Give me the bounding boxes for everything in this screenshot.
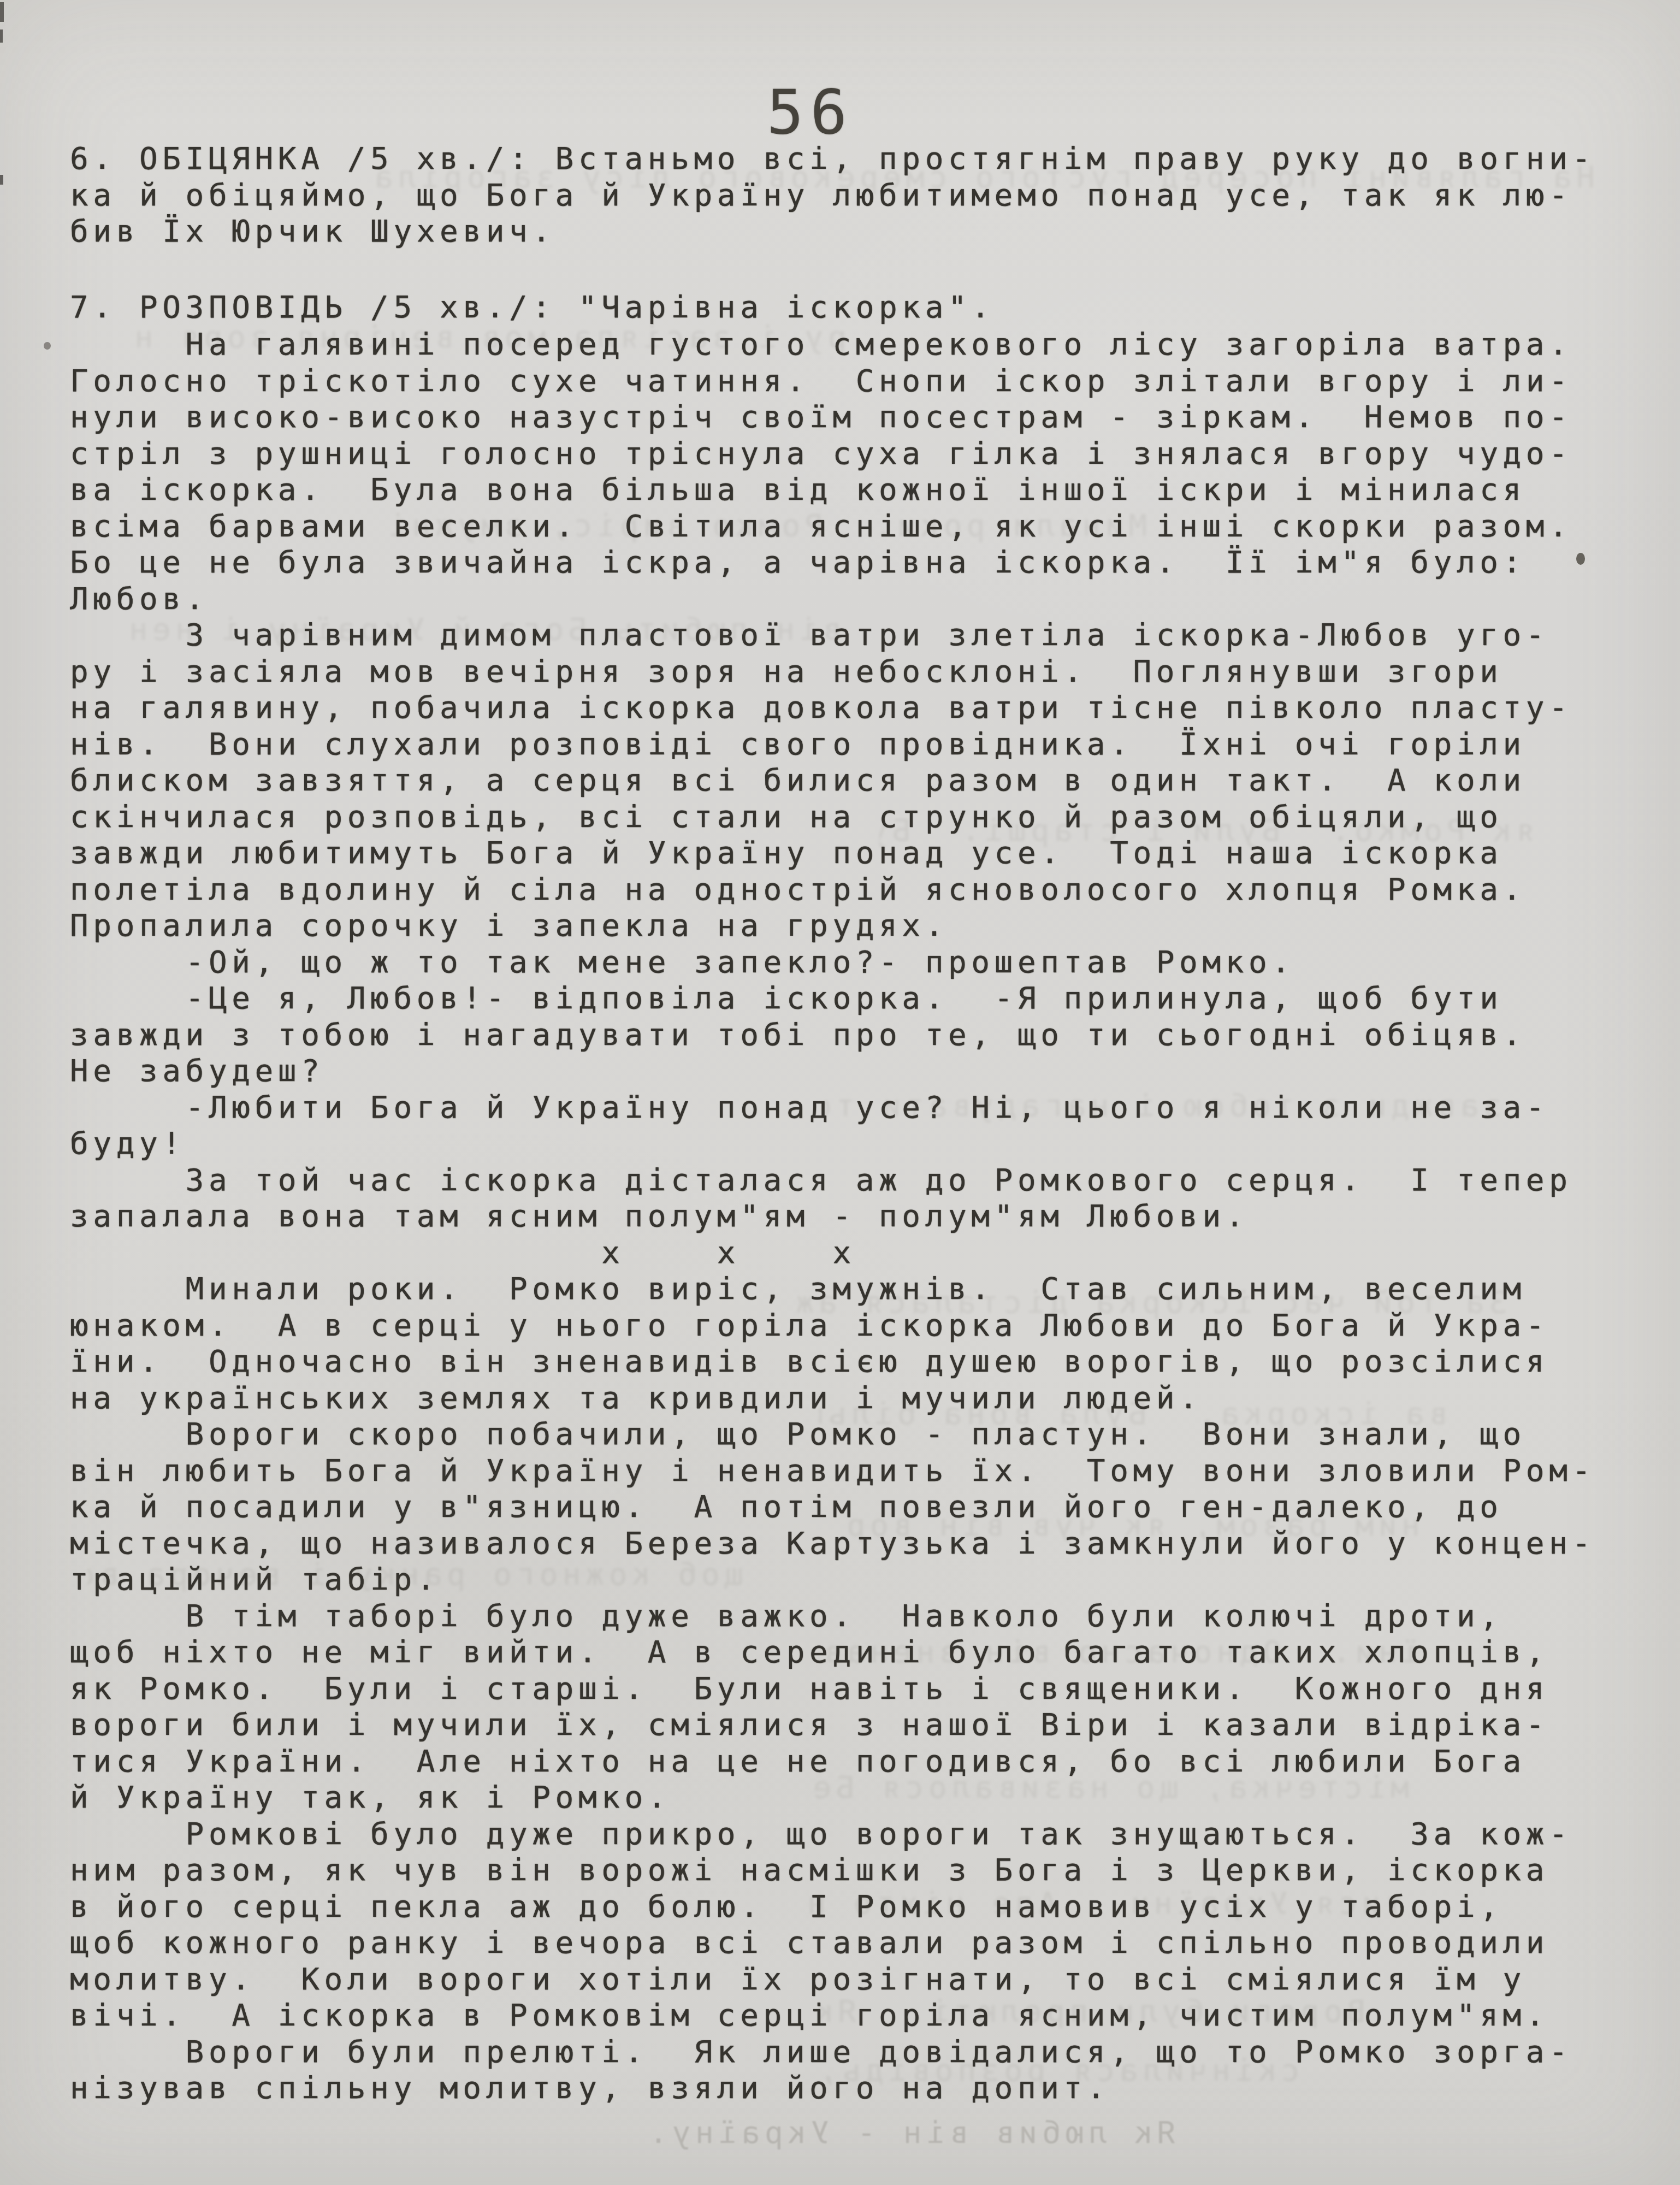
story-paragraph-1: На галявині посеред густого смерекового … — [70, 327, 1595, 617]
text-line: й Україну так, як і Ромко. — [70, 1780, 1595, 1816]
scan-artifact — [0, 2, 4, 22]
text-line: вічі. А іскорка в Ромковім серці горіла … — [70, 1998, 1595, 2034]
story-paragraph-5: Вороги скоро побачили, що Ромко - пласту… — [70, 1416, 1595, 1598]
scanned-typewritten-page: Як любив він - Україну. На галявині посе… — [0, 0, 1680, 2185]
text-line: -Любити Бога й Україну понад усе? Ні, ць… — [70, 1090, 1595, 1126]
text-line: на українських землях та кривдили і мучи… — [70, 1380, 1595, 1417]
text-line: ва іскорка. Була вона більша від кожної … — [70, 472, 1595, 509]
ink-speck — [1576, 553, 1585, 565]
text-line: завжди з тобою і нагадувати тобі про те,… — [70, 1017, 1595, 1054]
text-line: Не забудеш? — [70, 1053, 1595, 1090]
story-paragraph-4: Минали роки. Ромко виріс, змужнів. Став … — [70, 1271, 1595, 1416]
text-line: вороги били і мучили їх, сміялися з нашо… — [70, 1707, 1595, 1744]
agenda-item-6-promise: 6. ОБІЦЯНКА /5 хв./: Встаньмо всі, прост… — [70, 141, 1595, 250]
text-line: Ромкові було дуже прикро, що вороги так … — [70, 1816, 1595, 1853]
text-line: скінчилася розповідь, всі стали на струн… — [70, 799, 1595, 836]
story-paragraph-6: В тім таборі було дуже важко. Навколо бу… — [70, 1598, 1595, 1816]
text-body: 6. ОБІЦЯНКА /5 хв./: Встаньмо всі, прост… — [70, 141, 1595, 2107]
text-line: Любов. — [70, 581, 1595, 618]
text-line: Вороги скоро побачили, що Ромко - пласту… — [70, 1416, 1595, 1453]
text-line: Пропалила сорочку і запекла на грудях. — [70, 908, 1595, 944]
scan-artifact — [0, 175, 3, 185]
story-paragraph-8: Вороги були прелюті. Як лише довідалися,… — [70, 2034, 1595, 2107]
text-line: -Це я, Любов!- відповіла іскорка. -Я при… — [70, 981, 1595, 1017]
text-line: бив Їх Юрчик Шухевич. — [70, 214, 1595, 250]
text-line: їни. Одночасно він зненавидів всією душе… — [70, 1344, 1595, 1380]
text-line: 7. РОЗПОВІДЬ /5 хв./: "Чарівна іскорка". — [70, 290, 1595, 326]
text-line: х х х — [70, 1235, 1595, 1272]
text-line: всіма барвами веселки. Світила ясніше, я… — [70, 509, 1595, 545]
text-line: ним разом, як чув він ворожі насмішки з … — [70, 1852, 1595, 1889]
text-line: буду! — [70, 1126, 1595, 1162]
text-line: 6. ОБІЦЯНКА /5 хв./: Встаньмо всі, прост… — [70, 141, 1595, 178]
text-line: молитву. Коли вороги хотіли їх розігнати… — [70, 1962, 1595, 1998]
text-line: полетіла вдолину й сіла на однострій ясн… — [70, 872, 1595, 908]
text-line: містечка, що називалося Береза Картузька… — [70, 1526, 1595, 1562]
text-line: тися України. Але ніхто на це не погодив… — [70, 1744, 1595, 1780]
text-line: Бо це не була звичайна іскра, а чарівна … — [70, 545, 1595, 581]
text-line: щоб ніхто не міг вийти. А в середині бул… — [70, 1634, 1595, 1671]
text-line: Минали роки. Ромко виріс, змужнів. Став … — [70, 1271, 1595, 1308]
text-line: він любить Бога й Україну і ненавидить ї… — [70, 1453, 1595, 1490]
text-line: блиском завзяття, а серця всі билися раз… — [70, 763, 1595, 799]
text-line: ка й обіцяймо, що Бога й Україну любитим… — [70, 178, 1595, 214]
scan-artifact — [0, 29, 3, 43]
text-line: З чарівним димом пластової ватри злетіла… — [70, 617, 1595, 654]
text-line: На галявині посеред густого смерекового … — [70, 327, 1595, 363]
text-line: юнаком. А в серці у нього горіла іскорка… — [70, 1308, 1595, 1344]
section-separator: х х х — [70, 1235, 1595, 1272]
text-line: стріл з рушниці голосно тріснула суха гі… — [70, 436, 1595, 473]
text-line: в його серці пекла аж до болю. І Ромко н… — [70, 1889, 1595, 1926]
text-line: щоб кожного ранку і вечора всі ставали р… — [70, 1925, 1595, 1962]
text-line: запалала вона там ясним полум"ям - полум… — [70, 1198, 1595, 1235]
text-line: траційний табір. — [70, 1562, 1595, 1598]
story-paragraph-2: З чарівним димом пластової ватри злетіла… — [70, 617, 1595, 944]
text-line: Голосно тріскотіло сухе чатиння. Снопи і… — [70, 363, 1595, 400]
dialogue-lines: -Ой, що ж то так мене запекло?- прошепта… — [70, 944, 1595, 1162]
text-line: Вороги були прелюті. Як лише довідалися,… — [70, 2034, 1595, 2071]
text-line: як Ромко. Були і старші. Були навіть і с… — [70, 1671, 1595, 1708]
text-line: нізував спільну молитву, взяли його на д… — [70, 2070, 1595, 2107]
text-line: ру і засіяла мов вечірня зоря на небоскл… — [70, 654, 1595, 690]
text-line: В тім таборі було дуже важко. Навколо бу… — [70, 1598, 1595, 1635]
text-line: нів. Вони слухали розповіді свого провід… — [70, 727, 1595, 763]
story-paragraph-7: Ромкові було дуже прикро, що вороги так … — [70, 1816, 1595, 2034]
text-line: завжди любитимуть Бога й Україну понад у… — [70, 835, 1595, 872]
agenda-item-7-story-heading: 7. РОЗПОВІДЬ /5 хв./: "Чарівна іскорка". — [70, 290, 1595, 326]
text-line: нули високо-високо назустріч своїм посес… — [70, 399, 1595, 436]
text-line: на галявину, побачила іскорка довкола ва… — [70, 690, 1595, 727]
page-number: 56 — [767, 82, 854, 143]
bleed-through-text: Як любив він - Україну. — [644, 2115, 1176, 2151]
text-line: ка й посадили у в"язницю. А потім повезл… — [70, 1489, 1595, 1526]
ink-speck — [44, 342, 51, 350]
story-paragraph-3: За той час іскорка дісталася аж до Ромко… — [70, 1162, 1595, 1235]
text-line: За той час іскорка дісталася аж до Ромко… — [70, 1162, 1595, 1199]
text-line: -Ой, що ж то так мене запекло?- прошепта… — [70, 944, 1595, 981]
